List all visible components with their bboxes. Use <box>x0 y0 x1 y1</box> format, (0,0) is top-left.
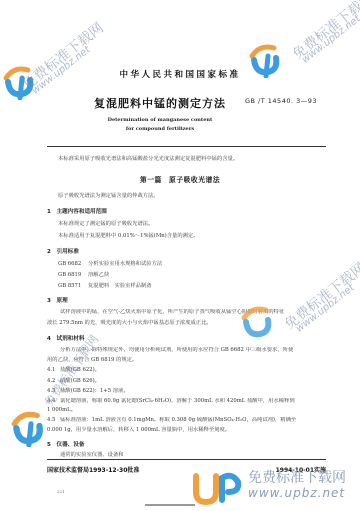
reagent-continuation: 0.000 1g，用少量水溶解后，转移入 1 000mL 容量瓶中，用水稀释至刻… <box>47 427 230 434</box>
header-divider <box>47 146 326 147</box>
reference-title: 溶解乙炔 <box>88 272 109 278</box>
section-4-line: 用的乙炔，应符合 GB 6819 的规定。 <box>47 357 137 364</box>
reference-item: GB 6819溶解乙炔 <box>58 272 109 279</box>
section-5-heading: 5 仪器、设备 <box>47 440 84 448</box>
up-logo-icon <box>192 470 244 506</box>
reference-code: GB 8571 <box>58 283 88 290</box>
brand-url: www.upbz.net <box>248 486 345 500</box>
reagent-item: 4.5锰标准溶液：1mL 溶液含有 0.1mgMn。称取 0.308 0g 硫酸… <box>47 417 330 424</box>
section-1-line: 本标准适用于复混肥料中 0.01%～1%锰(Mn)含量的测定。 <box>58 233 199 240</box>
section-1-heading: 1 主题内容和适用范围 <box>47 207 107 215</box>
watermark-logo-middle-left <box>10 405 52 451</box>
watermark-text: 免费标准下载网 <box>18 18 108 94</box>
up-logo-icon <box>240 300 280 340</box>
section-2-heading: 2 引用标准 <box>47 247 79 255</box>
reagent-text: 锰标准溶液：1mL 溶液含有 0.1mgMn。称取 0.308 0g 硫酸锰(M… <box>60 417 296 423</box>
watermark-logo-bottom <box>192 470 244 510</box>
section-4-heading: 4 试剂和材料 <box>47 334 84 342</box>
watermark-logo-middle-right <box>240 300 280 344</box>
reference-title: 复混肥料 实验室样品制备 <box>88 283 152 289</box>
up-logo-icon <box>10 405 52 447</box>
reference-item: GB 8571复混肥料 实验室样品制备 <box>58 283 152 290</box>
section-5-line: 通常的实验室仪器、设备和 <box>60 452 124 459</box>
reagent-item: 4.4氯化锶溶液，称取 60.9g 氯化锶(SrCl₂·6H₂O)，溶解于 30… <box>47 398 330 405</box>
document-title-en-line1: Determination of manganese content <box>0 117 360 123</box>
part-lead: 原子吸收光谱法为测定锰含量的仲裁方法。 <box>58 193 159 200</box>
fine-print <box>145 504 195 506</box>
section-3-line: 波长 279.5nm 的光，吸光度的大小与火焰中锰基态原子浓度成正比。 <box>47 320 212 327</box>
watermark-logo-top-right <box>248 38 288 82</box>
brand-text: 免费标准下载网 <box>248 467 346 487</box>
standard-number: GB /T 14540. 3—93 <box>245 97 317 105</box>
reference-title: 分析实验室用水规格和试验方法 <box>88 261 162 267</box>
reagent-text: 盐酸(GB 622)：1+5 溶液。 <box>60 388 129 394</box>
section-3-heading: 3 原理 <box>47 296 68 304</box>
footer-divider <box>47 459 326 460</box>
section-4-line: 分析方法中，除特殊规定外，均使用分析纯试剂，所使用的水应符合 GB 6682 中… <box>60 347 330 354</box>
intro-paragraph: 本标准采用原子吸收光谱法和高锰酸盐分光光度法测定复混肥料中锰的含量。 <box>58 156 238 163</box>
approval-date: 国家技术监督局1993-12-30批准 <box>47 465 139 474</box>
reference-code: GB 6819 <box>58 272 88 279</box>
document-title-en-line2: for compound fertilizers <box>0 126 360 132</box>
reference-code: GB 6682 <box>58 261 88 268</box>
up-logo-icon <box>248 38 288 78</box>
reference-item: GB 6682分析实验室用水规格和试验方法 <box>58 261 162 268</box>
part-title: 第一篇 原子吸收光谱法 <box>0 174 360 184</box>
page-number: 221 <box>57 489 65 494</box>
section-1-line: 本标准规定了测定锰的原子吸收光谱法。 <box>58 221 153 228</box>
reagent-text: 氯化锶溶液，称取 60.9g 氯化锶(SrCl₂·6H₂O)，溶解于 300mL… <box>60 398 295 404</box>
